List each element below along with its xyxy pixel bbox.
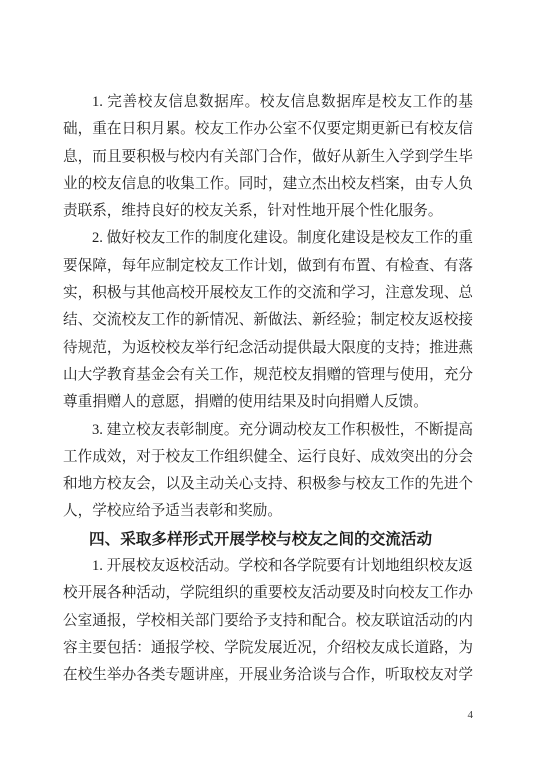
text-line: 3. 建立校友表彰制度。充分调动校友工作积极性，不断提高 <box>63 417 473 444</box>
paragraph: 1. 完善校友信息数据库。校友信息数据库是校友工作的基础，重在日积月累。校友工作… <box>63 89 473 225</box>
document-body: 1. 完善校友信息数据库。校友信息数据库是校友工作的基础，重在日积月累。校友工作… <box>63 89 473 690</box>
paragraph: 2. 做好校友工作的制度化建设。制度化建设是校友工作的重要保障，每年应制定校友工… <box>63 225 473 416</box>
text-line: 实，积极与其他高校开展校友工作的交流和学习，注意发现、总 <box>63 280 473 307</box>
text-line: 要保障，每年应制定校友工作计划，做到有布置、有检查、有落 <box>63 253 473 280</box>
text-line: 1. 开展校友返校活动。学校和各学院要有计划地组织校友返 <box>63 553 473 580</box>
text-line: 山大学教育基金会有关工作，规范校友捐赠的管理与使用，充分 <box>63 362 473 389</box>
text-line: 1. 完善校友信息数据库。校友信息数据库是校友工作的基 <box>63 89 473 116</box>
text-line: 在校生举办各类专题讲座，开展业务洽谈与合作，听取校友对学 <box>63 662 473 689</box>
text-line: 公室通报，学校相关部门要给予支持和配合。校友联谊活动的内 <box>63 608 473 635</box>
text-line: 业的校友信息的收集工作。同时，建立杰出校友档案，由专人负 <box>63 171 473 198</box>
text-line: 容主要包括：通报学校、学院发展近况，介绍校友成长道路，为 <box>63 635 473 662</box>
document-page: 1. 完善校友信息数据库。校友信息数据库是校友工作的基础，重在日积月累。校友工作… <box>0 0 542 768</box>
text-line: 础，重在日积月累。校友工作办公室不仅要定期更新已有校友信 <box>63 116 473 143</box>
text-line: 待规范，为返校校友举行纪念活动提供最大限度的支持；推进燕 <box>63 335 473 362</box>
text-line: 四、采取多样形式开展学校与校友之间的交流活动 <box>63 526 473 553</box>
text-line: 2. 做好校友工作的制度化建设。制度化建设是校友工作的重 <box>63 225 473 252</box>
text-line: 工作成效，对于校友工作组织健全、运行良好、成效突出的分会 <box>63 444 473 471</box>
paragraph: 1. 开展校友返校活动。学校和各学院要有计划地组织校友返校开展各种活动，学院组织… <box>63 553 473 689</box>
text-line: 结、交流校友工作的新情况、新做法、新经验；制定校友返校接 <box>63 307 473 334</box>
text-line: 责联系，维持良好的校友关系，针对性地开展个性化服务。 <box>63 198 473 225</box>
text-line: 息，而且要积极与校内有关部门合作，做好从新生入学到学生毕 <box>63 144 473 171</box>
text-line: 尊重捐赠人的意愿，捐赠的使用结果及时向捐赠人反馈。 <box>63 389 473 416</box>
page-number: 4 <box>63 708 473 722</box>
text-line: 和地方校友会，以及主动关心支持、积极参与校友工作的先进个 <box>63 471 473 498</box>
text-line: 人，学校应给予适当表彰和奖励。 <box>63 498 473 525</box>
paragraph: 3. 建立校友表彰制度。充分调动校友工作积极性，不断提高工作成效，对于校友工作组… <box>63 417 473 526</box>
section-heading: 四、采取多样形式开展学校与校友之间的交流活动 <box>63 526 473 553</box>
text-line: 校开展各种活动，学院组织的重要校友活动要及时向校友工作办 <box>63 580 473 607</box>
